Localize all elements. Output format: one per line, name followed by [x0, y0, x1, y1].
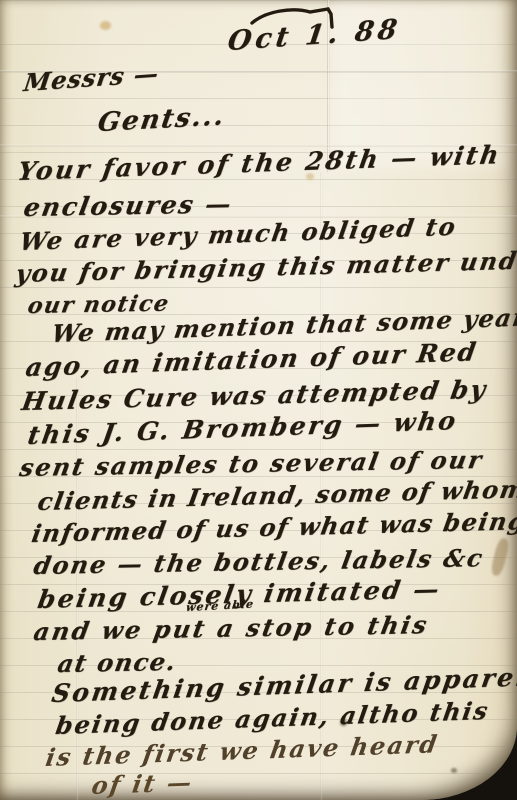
scan-background: Oct 1. 88 Messrs — Gents... Your favor o… [0, 0, 517, 800]
age-spot [100, 21, 111, 30]
letter-line: enclosures — [21, 189, 235, 222]
letter-line: of it — [90, 767, 196, 800]
letter-line: at once. [55, 647, 179, 678]
dirt-speck [451, 768, 457, 773]
